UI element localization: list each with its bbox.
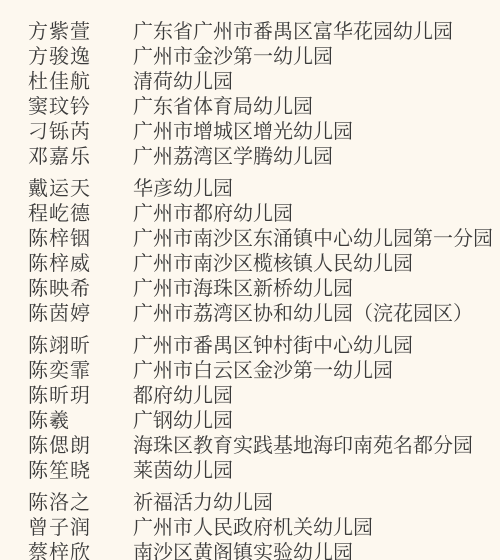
table-row: 陈偲朗海珠区教育实践基地海印南苑名都分园 bbox=[28, 434, 490, 459]
student-name: 方紫萱 bbox=[28, 20, 133, 45]
school-name: 广州市白云区金沙第一幼儿园 bbox=[133, 359, 490, 384]
table-row: 陈羲广钢幼儿园 bbox=[28, 409, 490, 434]
school-name: 广州市南沙区榄核镇人民幼儿园 bbox=[133, 252, 490, 277]
table-row: 陈翊昕广州市番禺区钟村街中心幼儿园 bbox=[28, 334, 490, 359]
roster-group: 陈翊昕广州市番禺区钟村街中心幼儿园陈奕霏广州市白云区金沙第一幼儿园陈昕玥都府幼儿… bbox=[28, 334, 490, 484]
table-row: 陈茵婷广州市荔湾区协和幼儿园（浣花园区） bbox=[28, 302, 490, 327]
table-row: 方紫萱广东省广州市番禺区富华花园幼儿园 bbox=[28, 20, 490, 45]
school-name: 广州市人民政府机关幼儿园 bbox=[133, 516, 490, 541]
school-name: 广州市番禺区钟村街中心幼儿园 bbox=[133, 334, 490, 359]
table-row: 窦玟钤广东省体育局幼儿园 bbox=[28, 95, 490, 120]
student-name: 陈梓威 bbox=[28, 252, 133, 277]
student-roster-list: 方紫萱广东省广州市番禺区富华花园幼儿园方骏逸广州市金沙第一幼儿园杜佳航清荷幼儿园… bbox=[0, 0, 500, 560]
student-name: 刁铄芮 bbox=[28, 120, 133, 145]
student-name: 蔡梓欣 bbox=[28, 541, 133, 560]
student-name: 窦玟钤 bbox=[28, 95, 133, 120]
school-name: 广州市南沙区东涌镇中心幼儿园第一分园 bbox=[133, 227, 493, 252]
table-row: 戴运天华彦幼儿园 bbox=[28, 177, 490, 202]
student-name: 程屹德 bbox=[28, 202, 133, 227]
table-row: 蔡梓欣南沙区黄阁镇实验幼儿园 bbox=[28, 541, 490, 560]
student-name: 陈昕玥 bbox=[28, 384, 133, 409]
school-name: 广钢幼儿园 bbox=[133, 409, 490, 434]
table-row: 邓嘉乐广州荔湾区学腾幼儿园 bbox=[28, 145, 490, 170]
school-name: 广州市海珠区新桥幼儿园 bbox=[133, 277, 490, 302]
student-name: 戴运天 bbox=[28, 177, 133, 202]
student-name: 曾子润 bbox=[28, 516, 133, 541]
table-row: 陈昕玥都府幼儿园 bbox=[28, 384, 490, 409]
student-name: 杜佳航 bbox=[28, 70, 133, 95]
school-name: 祈福活力幼儿园 bbox=[133, 491, 490, 516]
student-name: 陈羲 bbox=[28, 409, 133, 434]
school-name: 海珠区教育实践基地海印南苑名都分园 bbox=[133, 434, 490, 459]
roster-group: 戴运天华彦幼儿园程屹德广州市都府幼儿园陈梓铟广州市南沙区东涌镇中心幼儿园第一分园… bbox=[28, 177, 490, 327]
school-name: 广东省体育局幼儿园 bbox=[133, 95, 490, 120]
table-row: 陈映希广州市海珠区新桥幼儿园 bbox=[28, 277, 490, 302]
student-name: 陈奕霏 bbox=[28, 359, 133, 384]
student-name: 方骏逸 bbox=[28, 45, 133, 70]
school-name: 广东省广州市番禺区富华花园幼儿园 bbox=[133, 20, 490, 45]
student-name: 陈梓铟 bbox=[28, 227, 133, 252]
table-row: 陈梓威广州市南沙区榄核镇人民幼儿园 bbox=[28, 252, 490, 277]
school-name: 广州市金沙第一幼儿园 bbox=[133, 45, 490, 70]
student-name: 陈映希 bbox=[28, 277, 133, 302]
school-name: 南沙区黄阁镇实验幼儿园 bbox=[133, 541, 490, 560]
school-name: 莱茵幼儿园 bbox=[133, 459, 490, 484]
table-row: 陈笙晓莱茵幼儿园 bbox=[28, 459, 490, 484]
school-name: 华彦幼儿园 bbox=[133, 177, 490, 202]
student-name: 邓嘉乐 bbox=[28, 145, 133, 170]
student-name: 陈笙晓 bbox=[28, 459, 133, 484]
student-name: 陈茵婷 bbox=[28, 302, 133, 327]
table-row: 刁铄芮广州市增城区增光幼儿园 bbox=[28, 120, 490, 145]
school-name: 广州荔湾区学腾幼儿园 bbox=[133, 145, 490, 170]
table-row: 陈洛之祈福活力幼儿园 bbox=[28, 491, 490, 516]
table-row: 曾子润广州市人民政府机关幼儿园 bbox=[28, 516, 490, 541]
school-name: 清荷幼儿园 bbox=[133, 70, 490, 95]
table-row: 陈梓铟广州市南沙区东涌镇中心幼儿园第一分园 bbox=[28, 227, 490, 252]
table-row: 杜佳航清荷幼儿园 bbox=[28, 70, 490, 95]
school-name: 广州市都府幼儿园 bbox=[133, 202, 490, 227]
student-name: 陈洛之 bbox=[28, 491, 133, 516]
roster-group: 陈洛之祈福活力幼儿园曾子润广州市人民政府机关幼儿园蔡梓欣南沙区黄阁镇实验幼儿园 bbox=[28, 491, 490, 560]
table-row: 陈奕霏广州市白云区金沙第一幼儿园 bbox=[28, 359, 490, 384]
school-name: 都府幼儿园 bbox=[133, 384, 490, 409]
school-name: 广州市增城区增光幼儿园 bbox=[133, 120, 490, 145]
table-row: 程屹德广州市都府幼儿园 bbox=[28, 202, 490, 227]
student-name: 陈偲朗 bbox=[28, 434, 133, 459]
student-name: 陈翊昕 bbox=[28, 334, 133, 359]
school-name: 广州市荔湾区协和幼儿园（浣花园区） bbox=[133, 302, 490, 327]
table-row: 方骏逸广州市金沙第一幼儿园 bbox=[28, 45, 490, 70]
roster-group: 方紫萱广东省广州市番禺区富华花园幼儿园方骏逸广州市金沙第一幼儿园杜佳航清荷幼儿园… bbox=[28, 20, 490, 170]
